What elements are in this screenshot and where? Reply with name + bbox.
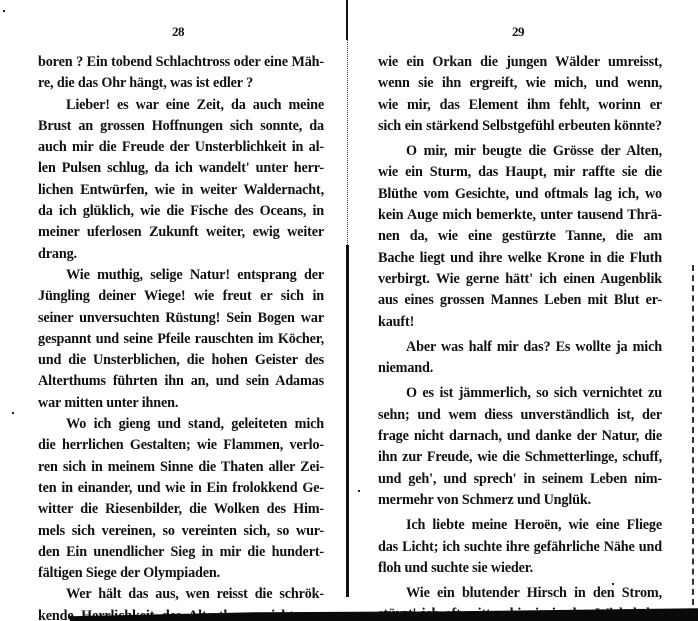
text-line: Wie muthig, selige Natur! entsprang der: [38, 265, 324, 286]
text-line: wie ein Sturm, das Haupt, mir raffte sie…: [378, 162, 662, 183]
text-line: ren sich in meinem Sinne die Thaten alle…: [38, 457, 324, 478]
text-line: ihn zur Freude, wie die Schmetterlinge, …: [378, 447, 662, 468]
page-number-left: 28: [172, 24, 184, 40]
text-line: wie ein Orkan die jungen Wälder umreisst…: [378, 52, 662, 73]
left-page-text: boren ? Ein tobend Schlachtross oder ein…: [38, 52, 324, 621]
text-line: war mitten unter ihnen.: [38, 393, 324, 414]
text-line: O mir, mir beugte die Grösse der Alten,: [378, 141, 662, 162]
text-line: gespannt und seine Pfeile rauschten im K…: [38, 329, 324, 350]
text-line: kein Auge mich bemerkte, unter tausend T…: [378, 205, 662, 226]
text-line: nen da, wie eine gestürzte Tanne, die am: [378, 226, 662, 247]
text-line: seiner unversuchten Rüstung! Sein Bogen …: [38, 308, 324, 329]
text-line: re, die das Ohr hängt, was ist edler ?: [38, 73, 324, 94]
text-line: witter die Riesenbilder, die Wolken des …: [38, 499, 324, 520]
text-line: Lieber! es war eine Zeit, da auch meine: [38, 95, 324, 116]
text-line: Ich liebte meine Heroën, wie eine Fliege: [378, 515, 662, 536]
text-line: O es ist jämmerlich, so sich vernichtet …: [378, 383, 662, 404]
text-line: meiner uferlosen Zukunft weiter, ewig we…: [38, 222, 324, 243]
text-line: fältigen Siege der Olympiaden.: [38, 563, 324, 584]
text-line: len Pulsen schlug, da ich wandelt' unter…: [38, 158, 324, 179]
text-line: Wo ich gieng und stand, geleiteten mich: [38, 414, 324, 435]
right-page-text: wie ein Orkan die jungen Wälder umreisst…: [378, 52, 662, 621]
text-line: kauft!: [378, 312, 662, 333]
text-line: floh und suchte sie wieder.: [378, 558, 662, 579]
text-line: und die Unsterblichen, die hohen Geister…: [38, 350, 324, 371]
left-page: 28 boren ? Ein tobend Schlachtross oder …: [0, 0, 346, 621]
text-line: und geh', und sprech' in seinem Leben ni…: [378, 469, 662, 490]
text-line: Wie ein blutender Hirsch in den Strom,: [378, 583, 662, 604]
text-line: verbirgt. Wie gerne hätt' ich einen Auge…: [378, 269, 662, 290]
text-line: die herrlichen Gestalten; wie Flammen, v…: [38, 435, 324, 456]
text-line: lichen Entwürfen, wie in weiter Walderna…: [38, 180, 324, 201]
text-line: da ich glüklich, wie die Fische des Ocea…: [38, 201, 324, 222]
scan-speck: [358, 490, 360, 492]
page-edge-right: [692, 265, 697, 605]
text-line: ten in einander, und wie in Ein frolokke…: [38, 478, 324, 499]
text-line: mels sich vereinen, so vereinten sich, s…: [38, 521, 324, 542]
text-line: drang.: [38, 244, 324, 265]
text-line: auch mir die Freude der Unsterblichkeit …: [38, 137, 324, 158]
text-line: sehn; und wem diess unverständlich ist, …: [378, 405, 662, 426]
text-line: Aber was half mir das? Es wollte ja mich: [378, 337, 662, 358]
text-line: niemand.: [378, 358, 662, 379]
page-number-right: 29: [512, 24, 524, 40]
text-line: boren ? Ein tobend Schlachtross oder ein…: [38, 52, 324, 73]
text-line: Bache liegt und ihre welke Krone in die …: [378, 248, 662, 269]
text-line: Jüngling deiner Wiege! wie freut er sich…: [38, 286, 324, 307]
scan-speck: [3, 10, 5, 12]
text-line: frage nicht darnach, und danke der Natur…: [378, 426, 662, 447]
text-line: sich ein stärkend Selbstgefühl erbeuten …: [378, 116, 662, 137]
right-page: 29 wie ein Orkan die jungen Wälder umrei…: [348, 0, 698, 621]
text-line: Alterthums führten ihn an, und sein Adam…: [38, 371, 324, 392]
scan-speck: [612, 583, 614, 585]
text-line: Wer hält das aus, wen reisst die schrök-: [38, 584, 324, 605]
text-line: mermehr von Schmerz und Unglük.: [378, 490, 662, 511]
scan-speck: [12, 412, 14, 414]
text-line: Brust an grossen Hoffnungen sich sonnte,…: [38, 116, 324, 137]
text-line: aus eines grossen Mannes Leben mit Blut …: [378, 290, 662, 311]
text-line: wie mir, das Element ihm fehlt, worinn e…: [378, 95, 662, 116]
text-line: wenn sie ihn ergreift, wie mich, und wen…: [378, 73, 662, 94]
text-line: das Licht; ich suchte ihre gefährliche N…: [378, 537, 662, 558]
text-line: Blüthe vom Gesichte, und oftmals lag ich…: [378, 184, 662, 205]
text-line: den Ein unendlicher Sieg in mir die hund…: [38, 542, 324, 563]
